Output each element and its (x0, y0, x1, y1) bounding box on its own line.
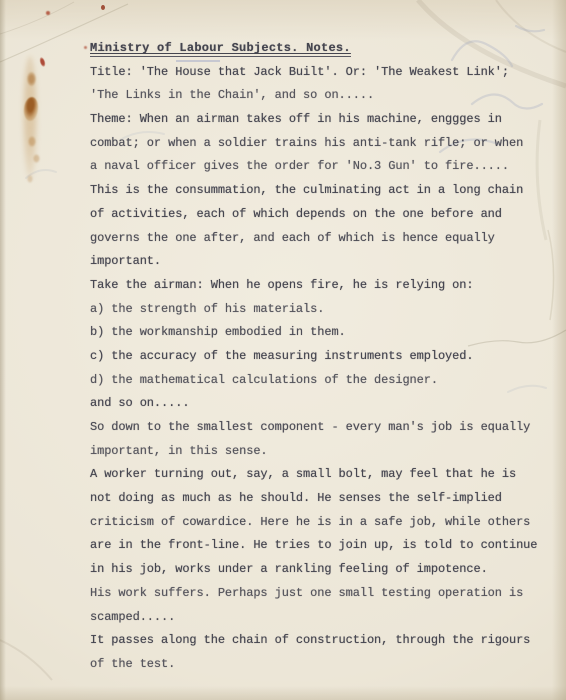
text-line: are in the front-line. He tries to join … (90, 534, 540, 558)
text-line: important, in this sense. (90, 440, 540, 464)
foxing-stain-small-1 (28, 136, 36, 147)
foxing-stain-small-2 (33, 154, 40, 163)
foxing-stain-core (23, 96, 39, 121)
text-line: of activities, each of which depends on … (90, 203, 540, 227)
paper-bottom-shade (0, 686, 566, 700)
text-line: A worker turning out, say, a small bolt,… (90, 463, 540, 487)
foxing-stain-small-3 (27, 175, 33, 183)
text-line: in his job, works under a rankling feeli… (90, 558, 540, 582)
text-line: Theme: When an airman takes off in his m… (90, 108, 540, 132)
text-line: scamped..... (90, 606, 540, 630)
text-line: 'The Links in the Chain', and so on..... (90, 84, 540, 108)
typewritten-document-page: Ministry of Labour Subjects. Notes. Titl… (0, 0, 566, 700)
text-line: of the test. (90, 653, 540, 677)
text-line: criticism of cowardice. Here he is in a … (90, 511, 540, 535)
document-title: Ministry of Labour Subjects. Notes. (90, 41, 351, 57)
foxing-stain-dribble (22, 56, 38, 180)
text-line: d) the mathematical calculations of the … (90, 369, 540, 393)
red-ink-tick (39, 56, 47, 67)
text-line: c) the accuracy of the measuring instrum… (90, 345, 540, 369)
text-line: not doing as much as he should. He sense… (90, 487, 540, 511)
foxing-stain-upper (27, 72, 36, 86)
text-line: So down to the smallest component - ever… (90, 416, 540, 440)
paper-left-edge (0, 0, 6, 700)
text-line: a) the strength of his materials. (90, 298, 540, 322)
typewritten-text-block: Ministry of Labour Subjects. Notes. Titl… (90, 37, 540, 677)
text-line: governs the one after, and each of which… (90, 227, 540, 251)
text-line: Take the airman: When he opens fire, he … (90, 274, 540, 298)
text-line: This is the consummation, the culminatin… (90, 179, 540, 203)
text-line: important. (90, 250, 540, 274)
text-line: a naval officer gives the order for 'No.… (90, 155, 540, 179)
paper-right-edge (552, 0, 566, 700)
text-line: b) the workmanship embodied in them. (90, 321, 540, 345)
text-line: His work suffers. Perhaps just one small… (90, 582, 540, 606)
text-line: It passes along the chain of constructio… (90, 629, 540, 653)
text-line: combat; or when a soldier trains his ant… (90, 132, 540, 156)
red-speck-3 (84, 46, 87, 49)
paper-top-shade (0, 0, 566, 40)
text-line: Title: 'The House that Jack Built'. Or: … (90, 61, 540, 85)
text-line: and so on..... (90, 392, 540, 416)
